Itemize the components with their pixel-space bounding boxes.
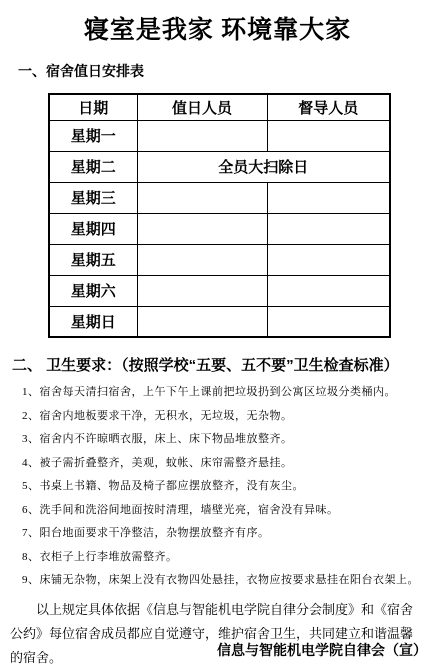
day-cell: 星期四 — [49, 213, 137, 244]
table-row-monday: 星期一 — [49, 120, 390, 151]
supervisor-cell — [267, 244, 390, 275]
hygiene-item-8: 8、衣柜子上行李堆放需整齐。 — [22, 551, 423, 563]
table-row-friday: 星期五 — [49, 244, 390, 275]
day-cell: 星期日 — [49, 306, 137, 337]
duty-schedule-table: 日期 值日人员 督导人员 星期一 星期二 全员大扫除日 星期三 星期四 星期五 — [48, 93, 391, 338]
hygiene-item-6: 6、洗手间和洗浴间地面按时清理，墙壁光亮，宿舍没有异味。 — [22, 504, 423, 516]
duty-cell — [137, 244, 267, 275]
day-cell: 星期六 — [49, 275, 137, 306]
hygiene-item-9: 9、床铺无杂物，床架上没有衣物四处悬挂，衣物应按要求悬挂在阳台衣架上。 — [22, 574, 423, 586]
duty-cell — [137, 182, 267, 213]
duty-cell — [137, 120, 267, 151]
supervisor-cell — [267, 213, 390, 244]
table-row-tuesday: 星期二 全员大扫除日 — [49, 151, 390, 182]
page-title: 寝室是我家 环境靠大家 — [0, 0, 435, 46]
footer-signature: 信息与智能机电学院自律会（宣） — [217, 640, 427, 660]
hygiene-item-3: 3、宿舍内不许晾晒衣服，床上、床下物品堆放整齐。 — [22, 433, 423, 445]
section1-heading: 一、宿舍值日安排表 — [18, 61, 435, 81]
header-cell-duty: 值日人员 — [137, 94, 267, 120]
hygiene-item-5: 5、书桌上书籍、物品及椅子都应摆放整齐，没有灰尘。 — [22, 480, 423, 492]
table-row-saturday: 星期六 — [49, 275, 390, 306]
supervisor-cell — [267, 182, 390, 213]
hygiene-item-1: 1、宿舍每天清扫宿舍，上午下午上课前把垃圾扔到公寓区垃圾分类桶内。 — [22, 386, 423, 398]
supervisor-cell — [267, 120, 390, 151]
day-cell: 星期五 — [49, 244, 137, 275]
table-row-thursday: 星期四 — [49, 213, 390, 244]
merged-cleaning-day-cell: 全员大扫除日 — [137, 151, 390, 182]
duty-cell — [137, 213, 267, 244]
hygiene-item-2: 2、宿舍内地板要求干净，无积水，无垃圾，无杂物。 — [22, 410, 423, 422]
supervisor-cell — [267, 306, 390, 337]
header-cell-supervisor: 督导人员 — [267, 94, 390, 120]
table-row-sunday: 星期日 — [49, 306, 390, 337]
section2-heading: 二、 卫生要求：（按照学校“五要、五不要”卫生检查标准） — [12, 354, 435, 375]
hygiene-rules-list: 1、宿舍每天清扫宿舍，上午下午上课前把垃圾扔到公寓区垃圾分类桶内。 2、宿舍内地… — [22, 386, 423, 586]
duty-cell — [137, 306, 267, 337]
header-cell-date: 日期 — [49, 94, 137, 120]
day-cell: 星期一 — [49, 120, 137, 151]
supervisor-cell — [267, 275, 390, 306]
table-header-row: 日期 值日人员 督导人员 — [49, 94, 390, 120]
hygiene-item-4: 4、被子需折叠整齐，美观，蚊帐、床帘需整齐悬挂。 — [22, 457, 423, 469]
hygiene-item-7: 7、阳台地面要求干净整洁，杂物摆放整齐有序。 — [22, 527, 423, 539]
day-cell: 星期二 — [49, 151, 137, 182]
duty-cell — [137, 275, 267, 306]
document-page: 寝室是我家 环境靠大家 一、宿舍值日安排表 日期 值日人员 督导人员 星期一 星… — [0, 0, 435, 665]
table-row-wednesday: 星期三 — [49, 182, 390, 213]
day-cell: 星期三 — [49, 182, 137, 213]
